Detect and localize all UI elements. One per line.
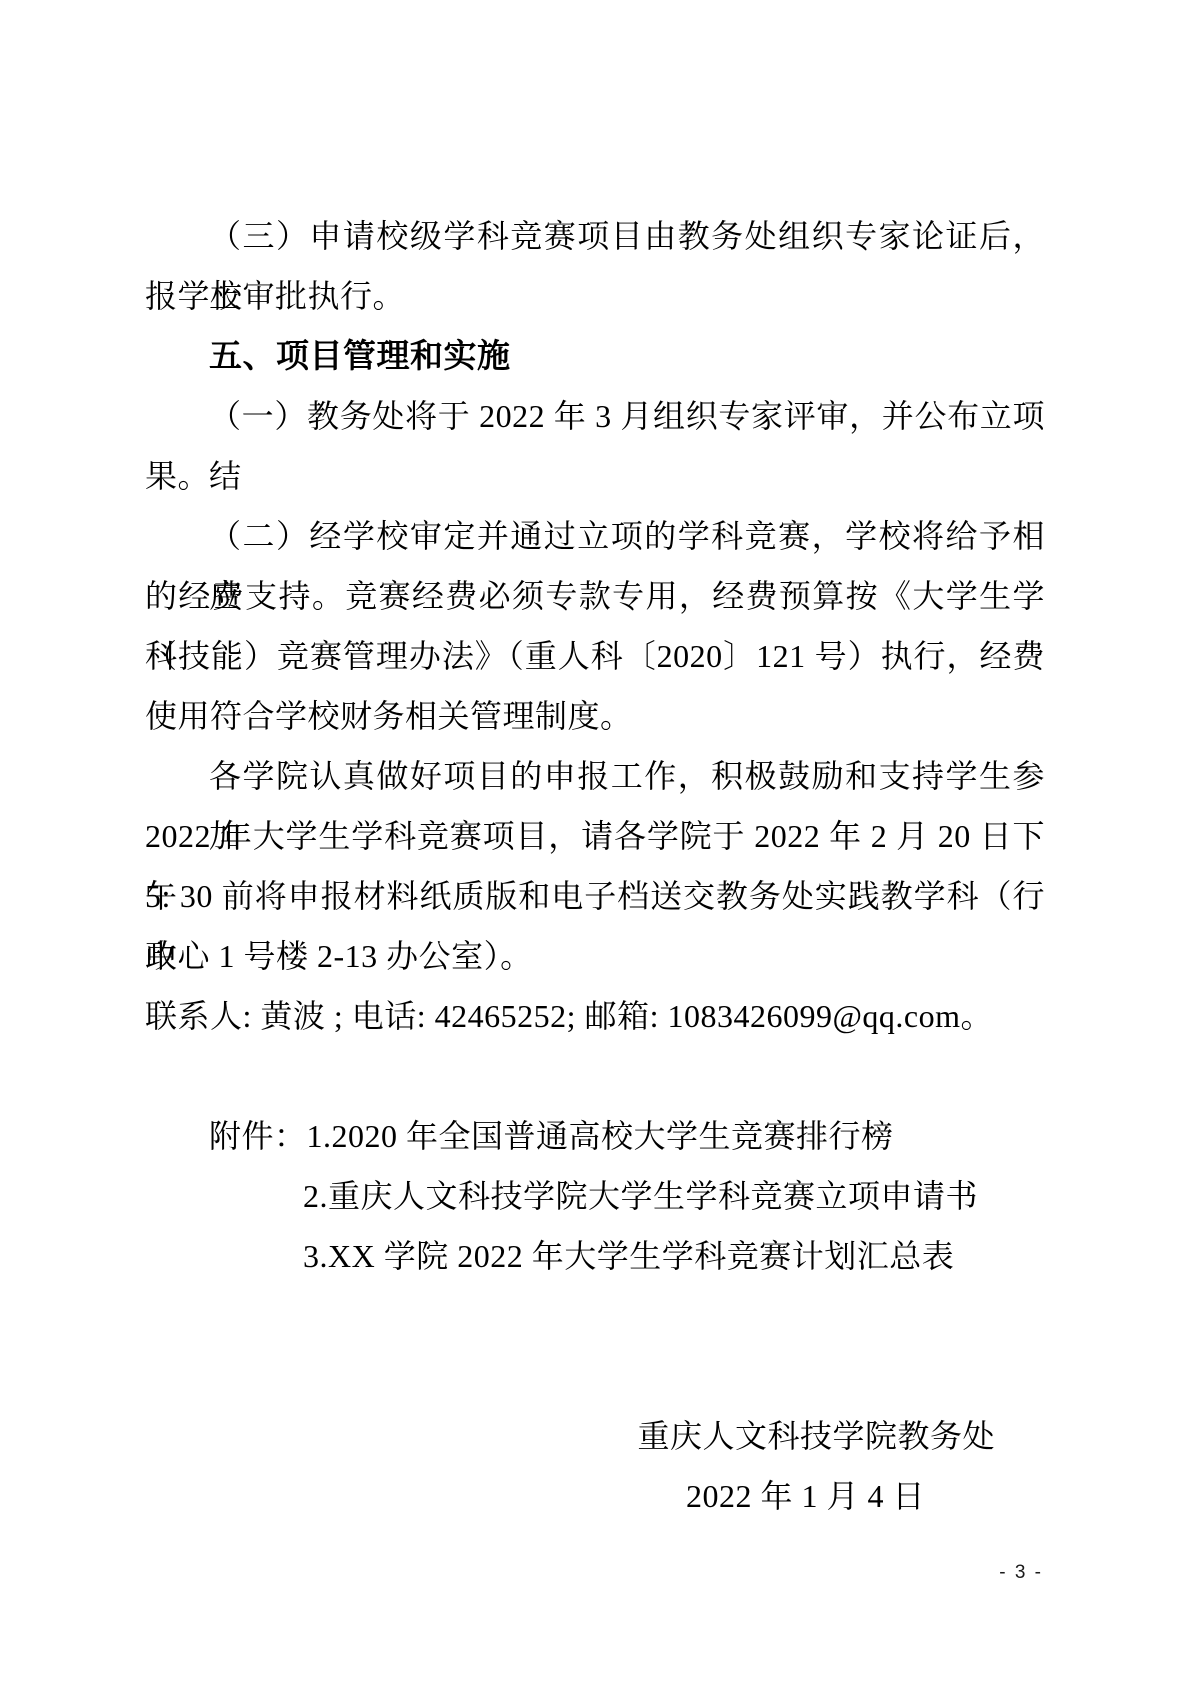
text-line: （二）经学校审定并通过立项的学科竞赛，学校将给予相应 [145,506,1045,566]
text-line: 联系人: 黄波 ; 电话: 42465252; 邮箱: 1083426099@q… [145,986,1045,1046]
text-line: 2022 年 1 月 4 日 [145,1466,1045,1526]
text-line: 5: 30 前将申报材料纸质版和电子档送交教务处实践教学科（行政 [145,866,1045,926]
text-line: 3.XX 学院 2022 年大学生学科竞赛计划汇总表 [145,1226,1045,1286]
blank-line [145,1046,1045,1106]
blank-line [145,1346,1045,1406]
text-line: 使用符合学校财务相关管理制度。 [145,686,1045,746]
text-line: 五、项目管理和实施 [145,326,1045,386]
text-line: （三）申请校级学科竞赛项目由教务处组织专家论证后，上 [145,206,1045,266]
text-line: 的经费支持。竞赛经费必须专款专用，经费预算按《大学生学科 [145,566,1045,626]
blank-line [145,1286,1045,1346]
text-line: 各学院认真做好项目的申报工作，积极鼓励和支持学生参加 [145,746,1045,806]
document-body: （三）申请校级学科竞赛项目由教务处组织专家论证后，上报学校审批执行。五、项目管理… [145,206,1045,1526]
text-line: 果。 [145,446,1045,506]
text-line: 2.重庆人文科技学院大学生学科竞赛立项申请书 [145,1166,1045,1226]
text-line: 报学校审批执行。 [145,266,1045,326]
text-line: （一）教务处将于 2022 年 3 月组织专家评审，并公布立项结 [145,386,1045,446]
text-line: 2022 年大学生学科竞赛项目，请各学院于 2022 年 2 月 20 日下午 [145,806,1045,866]
text-line: （技能）竞赛管理办法》（重人科〔2020〕121 号）执行，经费 [145,626,1045,686]
text-line: 中心 1 号楼 2-13 办公室）。 [145,926,1045,986]
document-page: （三）申请校级学科竞赛项目由教务处组织专家论证后，上报学校审批执行。五、项目管理… [0,0,1191,1684]
text-line: 重庆人文科技学院教务处 [145,1406,1045,1466]
page-number: - 3 - [999,1560,1043,1586]
text-line: 附件：1.2020 年全国普通高校大学生竞赛排行榜 [145,1106,1045,1166]
